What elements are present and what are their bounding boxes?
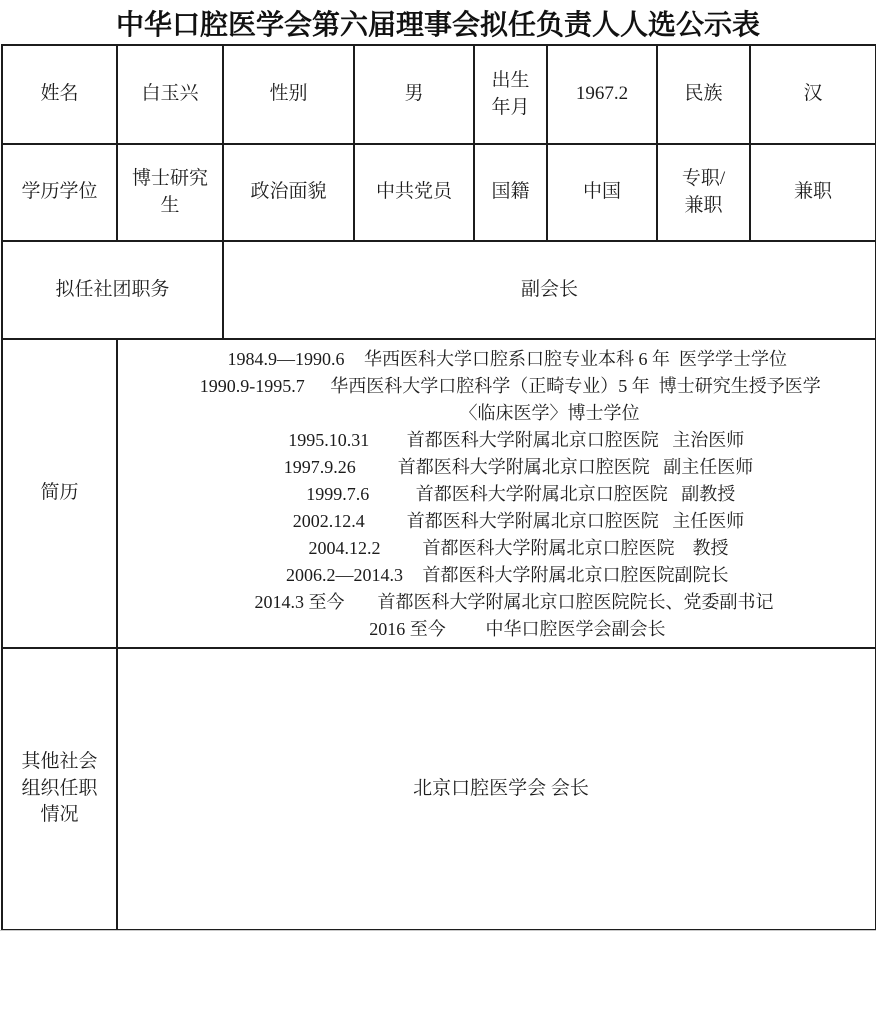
table-row: 简历 1984.9—1990.6华西医科大学口腔系口腔专业本科 6 年 医学学士… — [2, 339, 876, 648]
resume-entry-desc: 中华口腔医学会副会长 — [486, 619, 666, 639]
education-label: 学历学位 — [2, 144, 117, 241]
employment-label: 专职/ 兼职 — [657, 144, 750, 241]
employment-value: 兼职 — [750, 144, 876, 241]
ethnicity-value: 汉 — [750, 45, 876, 144]
resume-content: 1984.9—1990.6华西医科大学口腔系口腔专业本科 6 年 医学学士学位 … — [117, 339, 876, 648]
nationality-value: 中国 — [547, 144, 657, 241]
resume-entry-desc: 首都医科大学附属北京口腔医院 教授 — [423, 538, 729, 558]
resume-entry-desc: 首都医科大学附属北京口腔医院副院长 — [423, 565, 729, 585]
scan-artifact-line — [0, 930, 876, 931]
other-positions-value: 北京口腔医学会 会长 — [117, 648, 876, 930]
birth-value: 1967.2 — [547, 45, 657, 144]
resume-entry: 2002.12.4首都医科大学附属北京口腔医院 主任医师 — [126, 508, 869, 535]
resume-entry: 1995.10.31首都医科大学附属北京口腔医院 主治医师 — [126, 427, 869, 454]
other-positions-label: 其他社会 组织任职 情况 — [2, 648, 117, 930]
table-row: 拟任社团职务 副会长 — [2, 241, 876, 339]
resume-label: 简历 — [2, 339, 117, 648]
resume-entry: 1997.9.26首都医科大学附属北京口腔医院 副主任医师 — [126, 454, 869, 481]
proposed-position-value: 副会长 — [223, 241, 876, 339]
education-value: 博士研究 生 — [117, 144, 223, 241]
political-value: 中共党员 — [354, 144, 474, 241]
resume-entry-desc: 首都医科大学附属北京口腔医院 副主任医师 — [398, 457, 754, 477]
table-row: 姓名 白玉兴 性别 男 出生 年月 1967.2 民族 汉 — [2, 45, 876, 144]
resume-entry-date: 2002.12.4 — [251, 508, 407, 535]
gender-value: 男 — [354, 45, 474, 144]
resume-entry-date: 2004.12.2 — [267, 535, 423, 562]
resume-entry-date: 1999.7.6 — [260, 481, 416, 508]
nationality-label: 国籍 — [474, 144, 547, 241]
name-value: 白玉兴 — [117, 45, 223, 144]
resume-entry-desc: 首都医科大学附属北京口腔医院 主任医师 — [407, 511, 745, 531]
document-page: 中华口腔医学会第六届理事会拟任负责人人选公示表 姓名 白玉兴 性别 男 出生 年… — [0, 0, 876, 1024]
resume-entry: 2014.3 至今首都医科大学附属北京口腔医院院长、党委副书记 — [126, 589, 869, 616]
resume-entry-date: 2014.3 至今 — [222, 589, 378, 616]
resume-entry: 2004.12.2首都医科大学附属北京口腔医院 教授 — [126, 535, 869, 562]
table-row: 学历学位 博士研究 生 政治面貌 中共党员 国籍 中国 专职/ 兼职 兼职 — [2, 144, 876, 241]
resume-entry-desc: 首都医科大学附属北京口腔医院 副教授 — [416, 484, 736, 504]
resume-entry-date: 2016 至今 — [330, 616, 486, 643]
resume-entry-date: 1995.10.31 — [251, 427, 407, 454]
name-label: 姓名 — [2, 45, 117, 144]
resume-entry: 〈临床医学〉博士学位 — [126, 400, 869, 427]
gender-label: 性别 — [223, 45, 354, 144]
doc-title: 中华口腔医学会第六届理事会拟任负责人人选公示表 — [0, 3, 876, 43]
resume-entry-date: 1984.9—1990.6 — [208, 346, 364, 373]
resume-entry-date: 2006.2—2014.3 — [267, 562, 423, 589]
resume-entry: 1990.9-1995.7华西医科大学口腔科学（正畸专业）5 年 博士研究生授予… — [126, 373, 869, 400]
resume-entry: 1984.9—1990.6华西医科大学口腔系口腔专业本科 6 年 医学学士学位 — [126, 346, 869, 373]
political-label: 政治面貌 — [223, 144, 354, 241]
resume-entry-desc: 华西医科大学口腔科学（正畸专业）5 年 博士研究生授予医学 — [330, 376, 821, 396]
ethnicity-label: 民族 — [657, 45, 750, 144]
table-row: 其他社会 组织任职 情况 北京口腔医学会 会长 — [2, 648, 876, 930]
birth-label: 出生 年月 — [474, 45, 547, 144]
resume-entry-desc-continued: 〈临床医学〉博士学位 — [460, 403, 640, 423]
resume-entry-desc: 首都医科大学附属北京口腔医院 主治医师 — [407, 430, 745, 450]
resume-entry-date: 1997.9.26 — [242, 454, 398, 481]
resume-entry: 2016 至今中华口腔医学会副会长 — [126, 616, 869, 643]
resume-entry: 1999.7.6首都医科大学附属北京口腔医院 副教授 — [126, 481, 869, 508]
proposed-position-label: 拟任社团职务 — [2, 241, 223, 339]
resume-entry-desc: 华西医科大学口腔系口腔专业本科 6 年 医学学士学位 — [364, 349, 787, 369]
resume-entry: 2006.2—2014.3首都医科大学附属北京口腔医院副院长 — [126, 562, 869, 589]
resume-entry-date: 1990.9-1995.7 — [174, 373, 330, 400]
candidate-info-table: 姓名 白玉兴 性别 男 出生 年月 1967.2 民族 汉 学历学位 博士研究 … — [1, 44, 876, 931]
resume-entry-desc: 首都医科大学附属北京口腔医院院长、党委副书记 — [378, 592, 774, 612]
